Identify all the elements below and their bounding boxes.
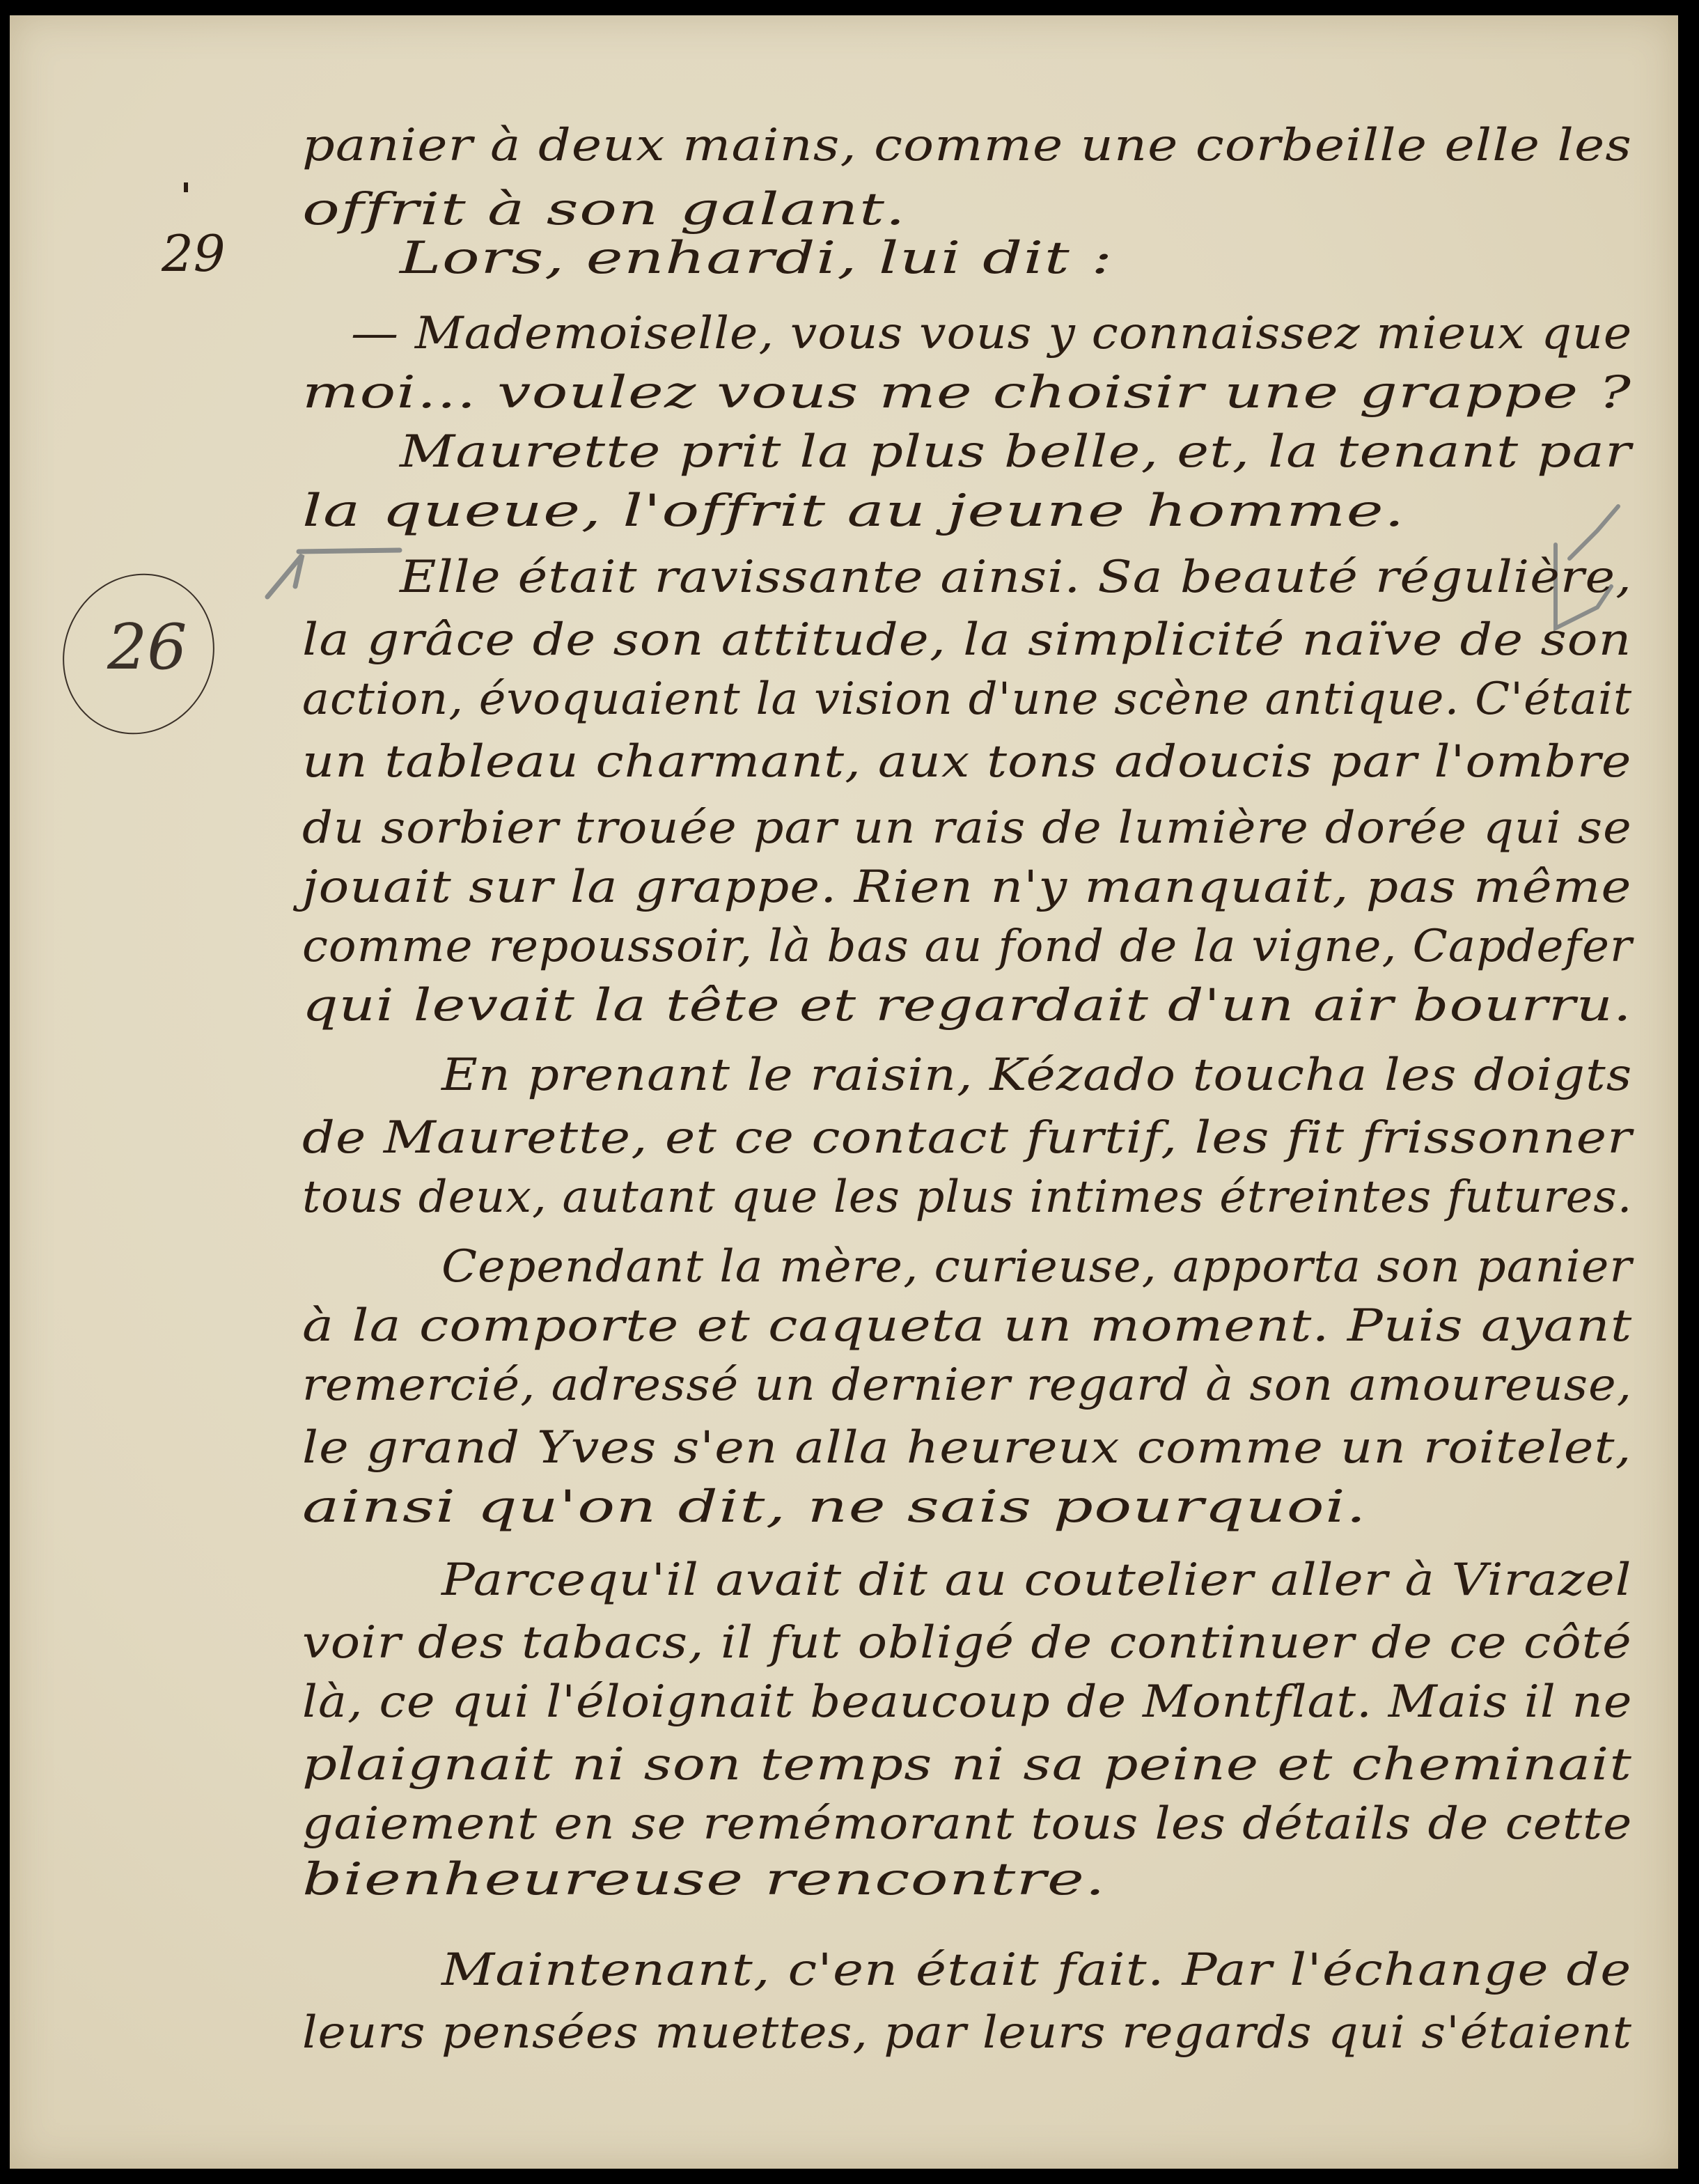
text-line: — Mademoiselle, vous vous y connaissez m… — [351, 308, 1632, 359]
text-line: plaignait ni son temps ni sa peine et ch… — [302, 1739, 1632, 1791]
circled-number: 26 — [107, 611, 187, 684]
text-line: remercié, adressé un dernier regard à so… — [302, 1359, 1632, 1411]
text-line: Elle était ravissante ainsi. Sa beauté r… — [400, 552, 1632, 603]
text-line: un tableau charmant, aux tons adoucis pa… — [302, 736, 1632, 788]
text-line: la queue, l'offrit au jeune homme. — [302, 485, 1405, 537]
text-line: qui levait la tête et regardait d'un air… — [302, 980, 1632, 1031]
text-line: là, ce qui l'éloignait beaucoup de Montf… — [302, 1676, 1632, 1728]
text-line: de Maurette, et ce contact furtif, les f… — [302, 1112, 1632, 1164]
text-line: du sorbier trouée par un rais de lumière… — [302, 802, 1632, 854]
pencil-mark-left-icon — [260, 531, 414, 607]
text-line: jouait sur la grappe. Rien n'y manquait,… — [302, 861, 1632, 913]
text-line: offrit à son galant. — [302, 184, 906, 235]
text-line: gaiement en se remémorant tous les détai… — [302, 1798, 1632, 1850]
text-line: leurs pensées muettes, par leurs regards… — [302, 2007, 1632, 2059]
text-line: ainsi qu'on dit, ne sais pourquoi. — [302, 1481, 1367, 1533]
text-line: le grand Yves s'en alla heureux comme un… — [302, 1422, 1632, 1474]
text-line: Parcequ'il avait dit au coutelier aller … — [441, 1554, 1632, 1606]
text-line: En prenant le raisin, Kézado toucha les … — [441, 1050, 1632, 1101]
text-line: Lors, enhardi, lui dit : — [400, 233, 1113, 284]
text-line: à la comporte et caqueta un moment. Puis… — [302, 1300, 1632, 1352]
text-line: la grâce de son attitude, la simplicité … — [302, 614, 1631, 666]
text-line: comme repoussoir, là bas au fond de la v… — [302, 921, 1632, 972]
text-line: panier à deux mains, comme une corbeille… — [302, 120, 1632, 171]
text-line: Maintenant, c'en était fait. Par l'échan… — [441, 1944, 1631, 1996]
text-line: tous deux, autant que les plus intimes é… — [302, 1171, 1632, 1223]
ink-tick-mark — [184, 182, 188, 192]
text-line: moi… voulez vous me choisir une grappe ? — [302, 367, 1631, 419]
text-line: action, évoquaient la vision d'une scène… — [302, 673, 1632, 725]
manuscript-page: 29 26 panier à deux mains, comme une cor… — [10, 15, 1678, 2169]
folio-number: 29 — [162, 224, 226, 283]
text-line: Cependant la mère, curieuse, apporta son… — [441, 1241, 1632, 1293]
text-line: Maurette prit la plus belle, et, la tena… — [400, 426, 1631, 478]
text-line: bienheureuse rencontre. — [302, 1854, 1106, 1905]
text-line: voir des tabacs, il fut obligé de contin… — [302, 1617, 1632, 1669]
